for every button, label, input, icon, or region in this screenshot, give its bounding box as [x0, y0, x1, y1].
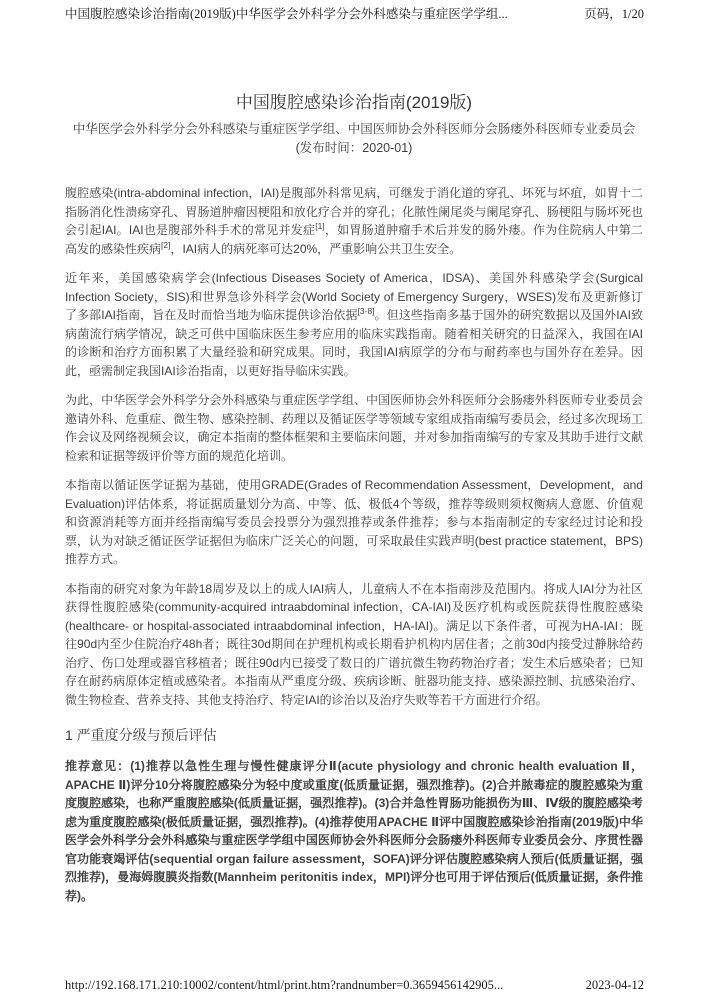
print-footer-url: http://192.168.171.210:10002/content/htm… [65, 978, 503, 993]
document-title: 中国腹腔感染诊治指南(2019版) [65, 92, 643, 114]
document-content: 中国腹腔感染诊治指南(2019版) 中华医学会外科学分会外科感染与重症医学学组、… [65, 92, 643, 916]
paragraph: 本指南的研究对象为年龄18周岁及以上的成人IAI病人，儿童病人不在本指南涉及范围… [65, 580, 643, 710]
printed-document-page: 中国腹腔感染诊治指南(2019版)中华医学会外科学分会外科感染与重症医学学组..… [0, 0, 707, 999]
paragraph: 腹腔感染(intra-abdominal infection，IAI)是腹部外科… [65, 184, 643, 258]
section-paragraphs: 推荐意见：(1)推荐以急性生理与慢性健康评分Ⅱ(acute physiology… [65, 757, 643, 905]
paragraph: 推荐意见：(1)推荐以急性生理与慢性健康评分Ⅱ(acute physiology… [65, 757, 643, 905]
citation-superscript: [2] [161, 240, 170, 250]
document-subtitle: 中华医学会外科学分会外科感染与重症医学学组、中国医师协会外科医师分会肠瘘外科医师… [65, 120, 643, 158]
print-footer: http://192.168.171.210:10002/content/htm… [65, 978, 644, 993]
paragraph: 本指南以循证医学证据为基础，使用GRADE(Grades of Recommen… [65, 476, 643, 569]
print-header-page-number: 页码，1/20 [584, 4, 644, 22]
paragraph: 近年来，美国感染病学会(Infectious Diseases Society … [65, 269, 643, 380]
paragraph: 为此，中华医学会外科学分会外科感染与重症医学学组、中国医师协会外科医师分会肠瘘外… [65, 391, 643, 465]
print-footer-date: 2023-04-12 [586, 978, 644, 993]
print-header-title: 中国腹腔感染诊治指南(2019版)中华医学会外科学分会外科感染与重症医学学组..… [65, 4, 508, 22]
citation-superscript: [1] [315, 221, 324, 231]
citation-superscript: [3-8] [358, 306, 375, 316]
section-heading: 1 严重度分级与预后评估 [65, 726, 643, 744]
print-header: 中国腹腔感染诊治指南(2019版)中华医学会外科学分会外科感染与重症医学学组..… [65, 4, 644, 22]
intro-paragraphs: 腹腔感染(intra-abdominal infection，IAI)是腹部外科… [65, 184, 643, 709]
